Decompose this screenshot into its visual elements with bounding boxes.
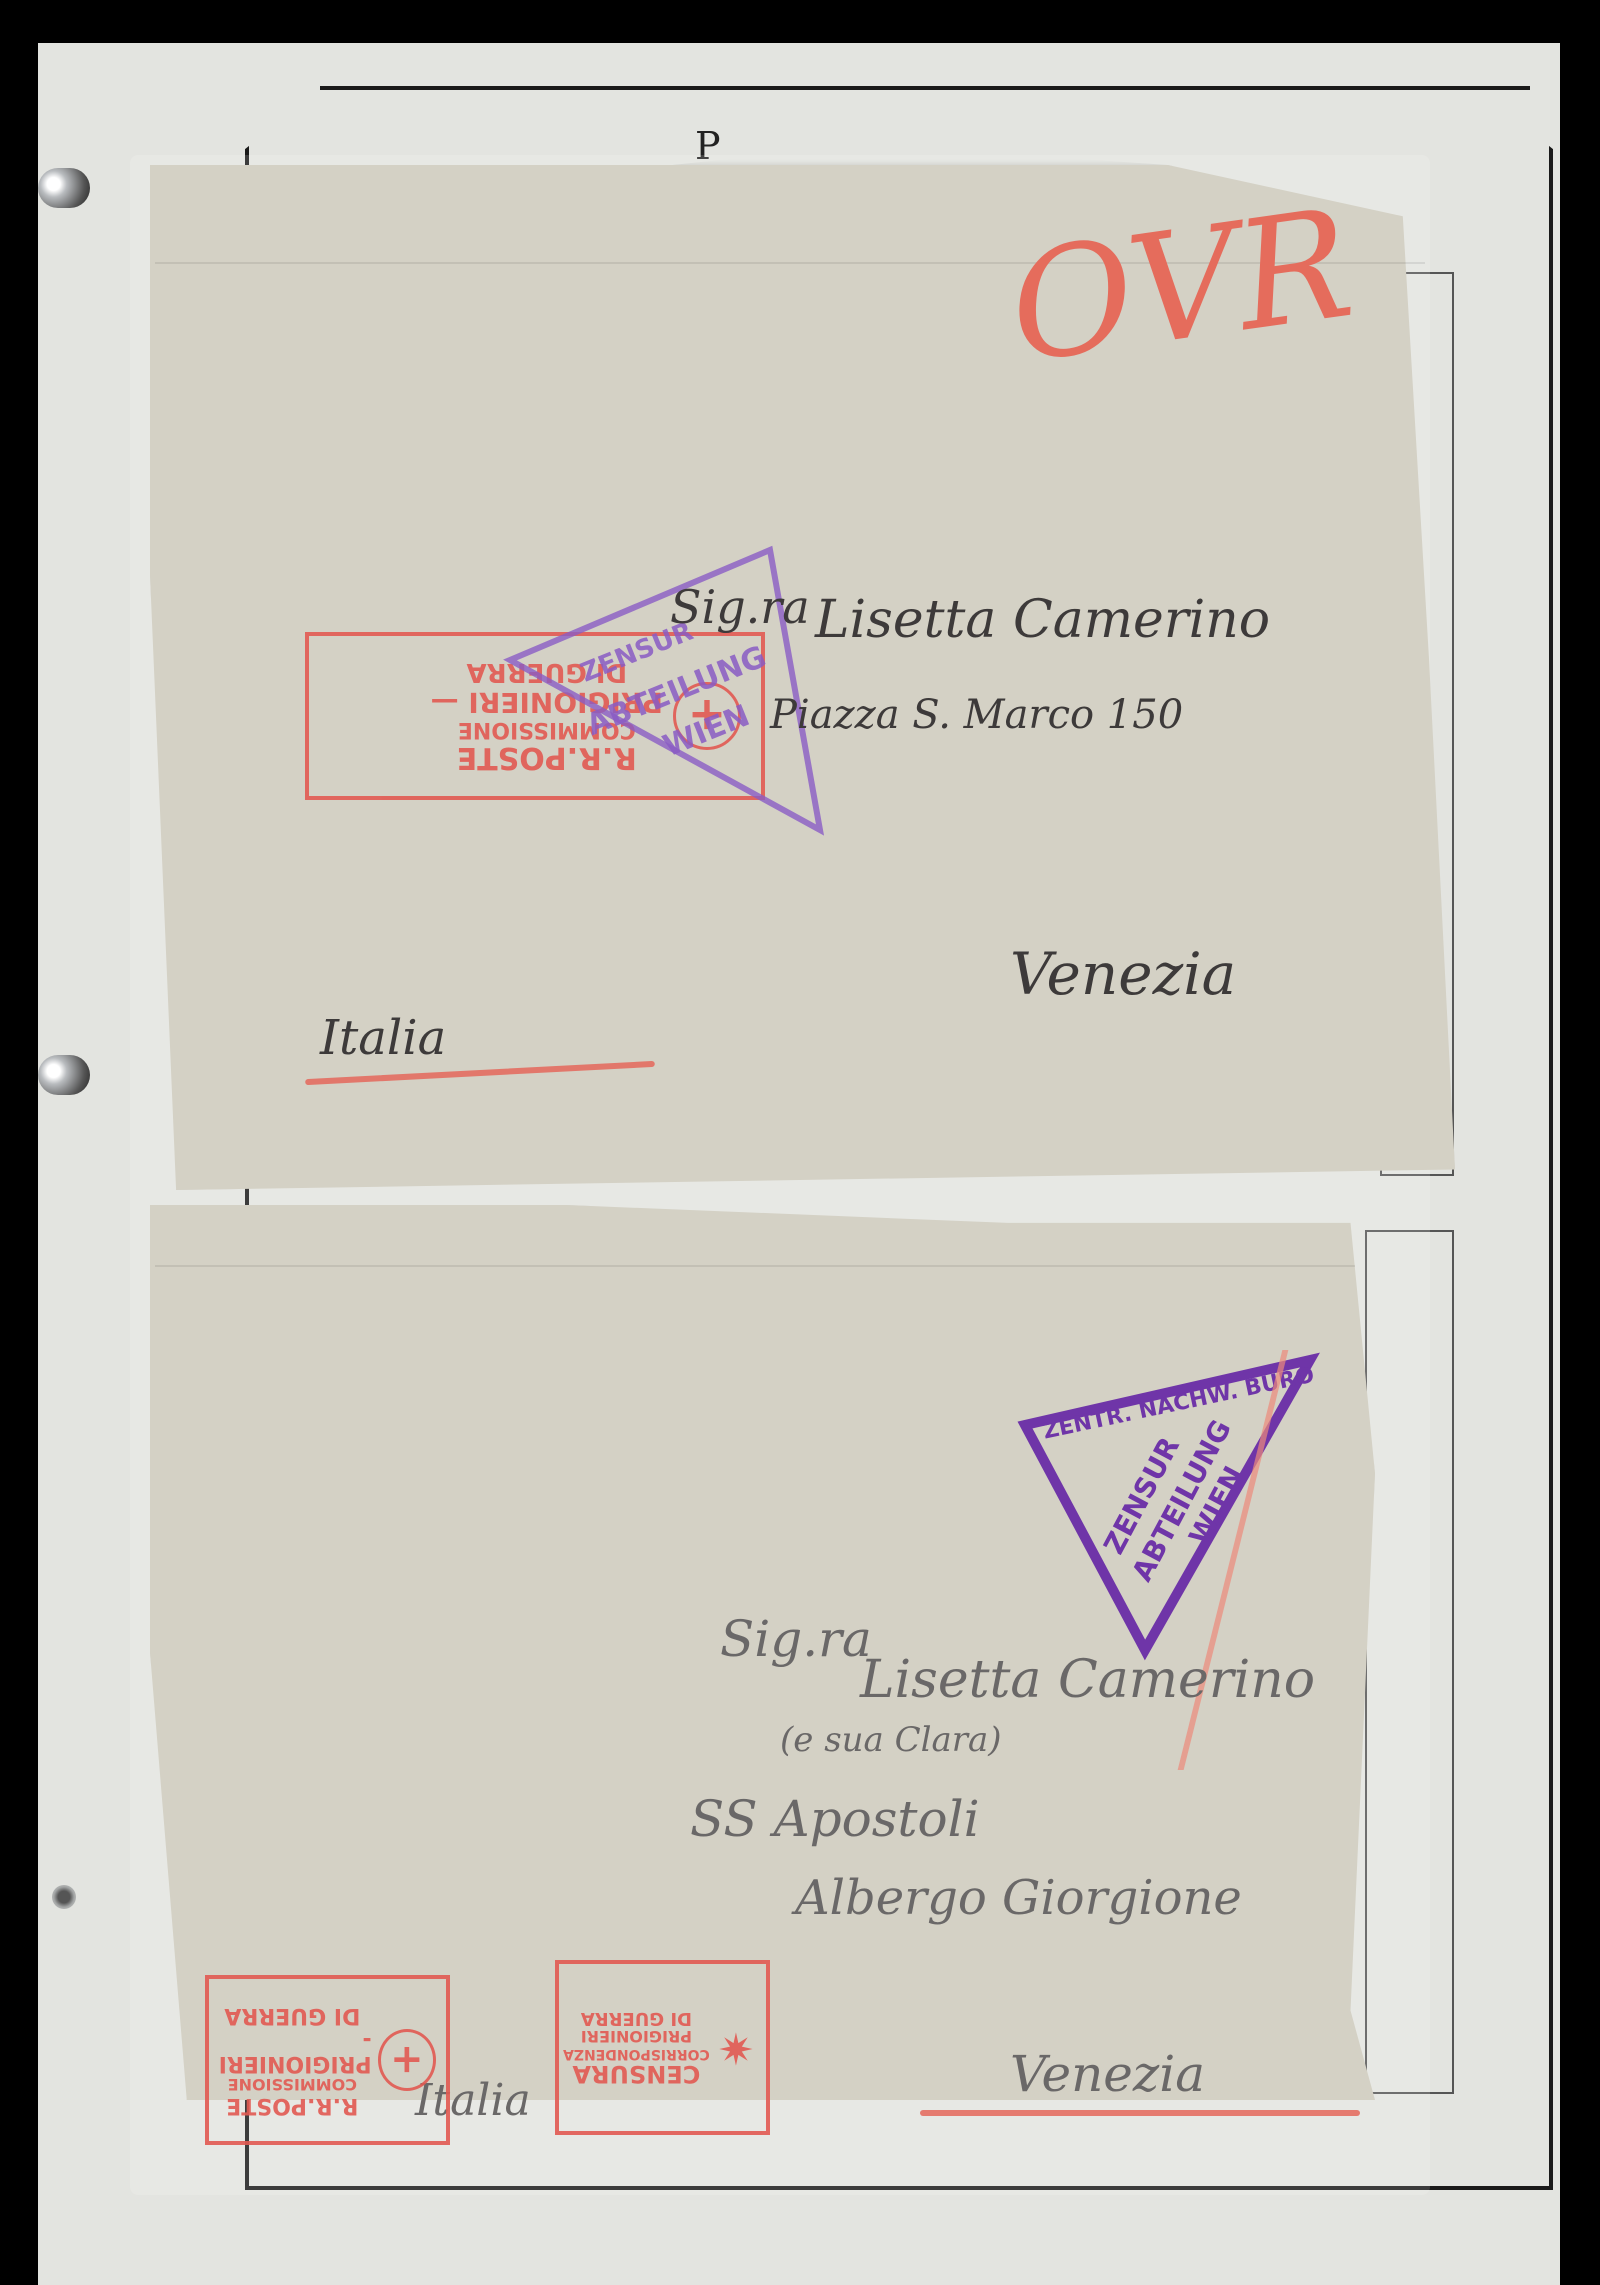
pow-commission-stamp: + R.R.POSTE COMMISSIONE PRIGIONIERI - DI… [205,1975,450,2145]
address-salutation: Sig.ra [720,1610,872,1668]
address-salutation: Sig.ra [670,580,810,634]
crayon-underline [920,2110,1360,2116]
pow-censorship-stamp: ✷ CENSURA CORRISPONDENZA PRIGIONIERI DI … [555,1960,770,2135]
address-hotel: Albergo Giorgione [795,1870,1242,1926]
binder-hole [52,1885,76,1909]
address-name: Lisetta Camerino [815,590,1270,650]
stamp-line: PRIGIONIERI [581,2028,692,2046]
address-street: Piazza S. Marco 150 [770,692,1183,738]
address-city: Venezia [1010,2045,1205,2103]
address-street: SS Apostoli [690,1790,980,1848]
stamp-line: R.R.POSTE [226,2093,358,2117]
stamp-line: CENSURA [572,2061,700,2087]
red-cross-icon: + [378,2029,436,2091]
stamp-line: DI GUERRA [224,2003,360,2027]
stamp-line: DI GUERRA [581,2008,692,2028]
stamp-line: PRIGIONIERI - [213,2027,372,2075]
envelope-fold [155,1265,1355,1267]
stamp-line: COMMISSIONE [228,2075,357,2093]
address-note: (e sua Clara) [780,1720,1002,1760]
starburst-icon: ✷ [714,2017,758,2079]
address-country: Italia [320,1010,446,1066]
binder-ring [38,1055,90,1095]
address-city: Venezia [1010,940,1236,1008]
stamp-line: CORRISPONDENZA [563,2045,710,2060]
binder-ring [38,168,90,208]
address-name: Lisetta Camerino [860,1650,1315,1710]
